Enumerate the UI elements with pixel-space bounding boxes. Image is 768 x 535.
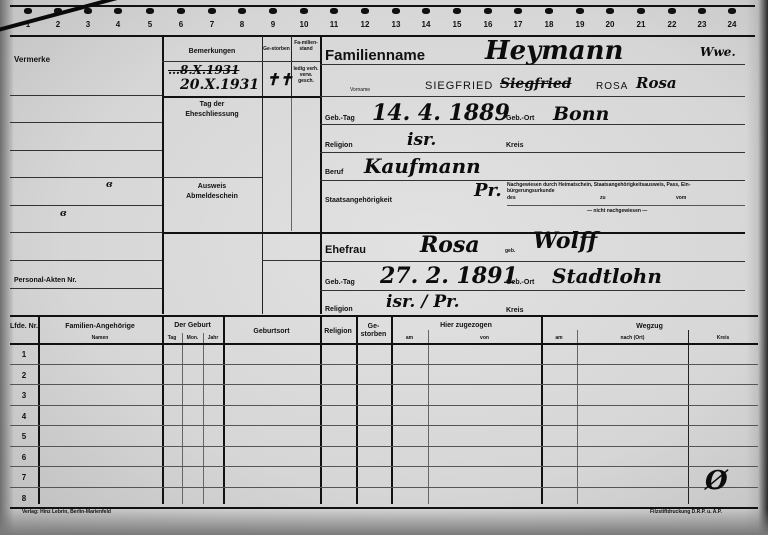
gestorben-label: Ge-storben: [262, 46, 291, 52]
bemerkungen-value: 20.X.1931: [180, 78, 259, 92]
col-wegzug-kreis: Kreis: [688, 336, 758, 341]
col-geburtsort: Geburtsort: [223, 328, 320, 335]
punch-hole-5: 5: [136, 6, 164, 34]
gestorben-value: ✝✝: [266, 72, 293, 88]
ink-blot-mark: ɞ: [106, 181, 112, 190]
punch-hole-20: 20: [596, 6, 624, 34]
nachweis-text-2: bürgerungsurkunde: [507, 189, 555, 194]
punch-hole-18: 18: [535, 6, 563, 34]
religion-label: Religion: [325, 142, 353, 149]
row-number-2: 2: [10, 371, 38, 380]
col-wegzug-nach: nach (Ort): [577, 336, 688, 341]
col-lfde-nr: Lfde. Nr.: [10, 323, 38, 331]
familienname-value: Heymann: [485, 38, 623, 64]
col-religion: Religion: [320, 328, 356, 335]
geb-tag-value: 14. 4. 1889: [372, 102, 510, 124]
row-number-8: 8: [10, 494, 38, 503]
punch-hole-16: 16: [474, 6, 502, 34]
punch-hole-9: 9: [259, 6, 287, 34]
col-gestorben: Ge-storben: [356, 323, 391, 339]
col-tag: Tag: [162, 336, 182, 341]
spouse-religion-value: isr. / Pr.: [386, 294, 460, 311]
punch-hole-24: 24: [718, 6, 746, 34]
punch-hole-11: 11: [320, 6, 348, 34]
geb-tag-label: Geb.-Tag: [325, 115, 355, 122]
punch-hole-21: 21: [627, 6, 655, 34]
row-number-7: 7: [10, 473, 38, 482]
ehefrau-value: Rosa: [420, 234, 480, 256]
punch-hole-12: 12: [351, 6, 379, 34]
nachweis-des: des: [507, 196, 516, 201]
familienname-note: Wwe.: [700, 46, 736, 58]
spouse-kreis-label: Kreis: [506, 307, 524, 314]
punch-hole-23: 23: [688, 6, 716, 34]
punch-hole-22: 22: [658, 6, 686, 34]
nicht-nachgewiesen: — nicht nachgewiesen —: [587, 209, 647, 214]
familienstand-label: Fa-milien-stand: [292, 41, 320, 53]
registration-card: 1 2 3 4 5 6 7 8 9 10 11 12 13 14 15 16 1…: [0, 0, 768, 535]
col-zugezogen-am: am: [391, 336, 428, 341]
printer-left: Verlag: Hinz Lebrin, Berlin-Marienfeld: [22, 510, 111, 515]
religion-value: isr.: [407, 132, 436, 149]
scan-shadow-right: [746, 0, 768, 535]
ehefrau-label: Ehefrau: [325, 245, 366, 256]
punch-hole-17: 17: [504, 6, 532, 34]
beruf-label: Beruf: [325, 169, 343, 176]
geb-value: Wolff: [533, 230, 597, 252]
staatsangehoerigkeit-value: Pr.: [474, 182, 502, 200]
row-number-5: 5: [10, 432, 38, 441]
nachweis-vom: vom: [676, 196, 686, 201]
spouse-geb-ort-label: Geb.-Ort: [506, 279, 534, 286]
punch-hole-19: 19: [566, 6, 594, 34]
punch-hole-15: 15: [443, 6, 471, 34]
col-zugezogen-von: von: [428, 336, 541, 341]
col-hier-zugezogen: Hier zugezogen: [391, 322, 541, 329]
eheschliessung-label-1: Tag der: [162, 101, 262, 108]
familienname-label: Familienname: [325, 48, 425, 63]
kreis-ink-mark: Ø: [705, 468, 728, 494]
ink-blot-mark-2: ɞ: [60, 210, 66, 219]
printer-right: Filzstiftdruckung D.R.P. u. A.P.: [650, 510, 722, 515]
bemerkungen-label: Bemerkungen: [162, 48, 262, 55]
spouse-geb-ort-value: Stadtlohn: [552, 266, 662, 286]
col-wegzug-am: am: [541, 336, 577, 341]
punch-hole-10: 10: [290, 6, 318, 34]
ausweis-label-1: Ausweis: [162, 183, 262, 190]
punch-hole-13: 13: [382, 6, 410, 34]
punch-hole-7: 7: [198, 6, 226, 34]
col-der-geburt: Der Geburt: [162, 322, 223, 329]
punch-hole-4: 4: [104, 6, 132, 34]
geb-ort-value: Bonn: [553, 105, 609, 124]
row-number-4: 4: [10, 412, 38, 421]
vorname-printed-2: ROSA: [596, 82, 628, 92]
kreis-label: Kreis: [506, 142, 524, 149]
personal-akten-label: Personal-Akten Nr.: [14, 277, 77, 284]
spouse-religion-label: Religion: [325, 306, 353, 313]
ausweis-label-2: Abmeldeschein: [162, 193, 262, 200]
punch-hole-8: 8: [228, 6, 256, 34]
row-number-6: 6: [10, 453, 38, 462]
col-namen: Namen: [38, 336, 162, 341]
col-mon: Mon.: [182, 336, 203, 341]
punch-hole-6: 6: [167, 6, 195, 34]
punch-hole-14: 14: [412, 6, 440, 34]
vermerke-label: Vermerke: [14, 56, 50, 64]
col-jahr: Jahr: [203, 336, 223, 341]
col-wegzug: Wegzug: [541, 323, 758, 330]
row-number-1: 1: [10, 350, 38, 359]
row-number-3: 3: [10, 391, 38, 400]
familienstand-options: ledig verh. verw. gesch.: [292, 66, 320, 84]
vorname-label: Vorname: [350, 88, 370, 93]
staatsangehoerigkeit-label: Staatsangehörigkeit: [325, 197, 392, 204]
eheschliessung-label-2: Eheschliessung: [162, 111, 262, 118]
spouse-geb-tag-value: 27. 2. 1891: [380, 265, 518, 287]
vorname-hand-2: Rosa: [636, 76, 677, 91]
vorname-struck: Siegfried: [500, 77, 572, 91]
geb-label: geb.: [505, 249, 515, 254]
geb-ort-label: Geb.-Ort: [506, 115, 534, 122]
spouse-geb-tag-label: Geb.-Tag: [325, 279, 355, 286]
vorname-printed: SIEGFRIED: [425, 81, 493, 92]
bemerkungen-struck-value: …8.X.1931: [168, 64, 239, 76]
nachweis-zu: zu: [600, 196, 606, 201]
beruf-value: Kaufmann: [364, 156, 481, 176]
col-angehoerige: Familien-Angehörige: [38, 323, 162, 330]
